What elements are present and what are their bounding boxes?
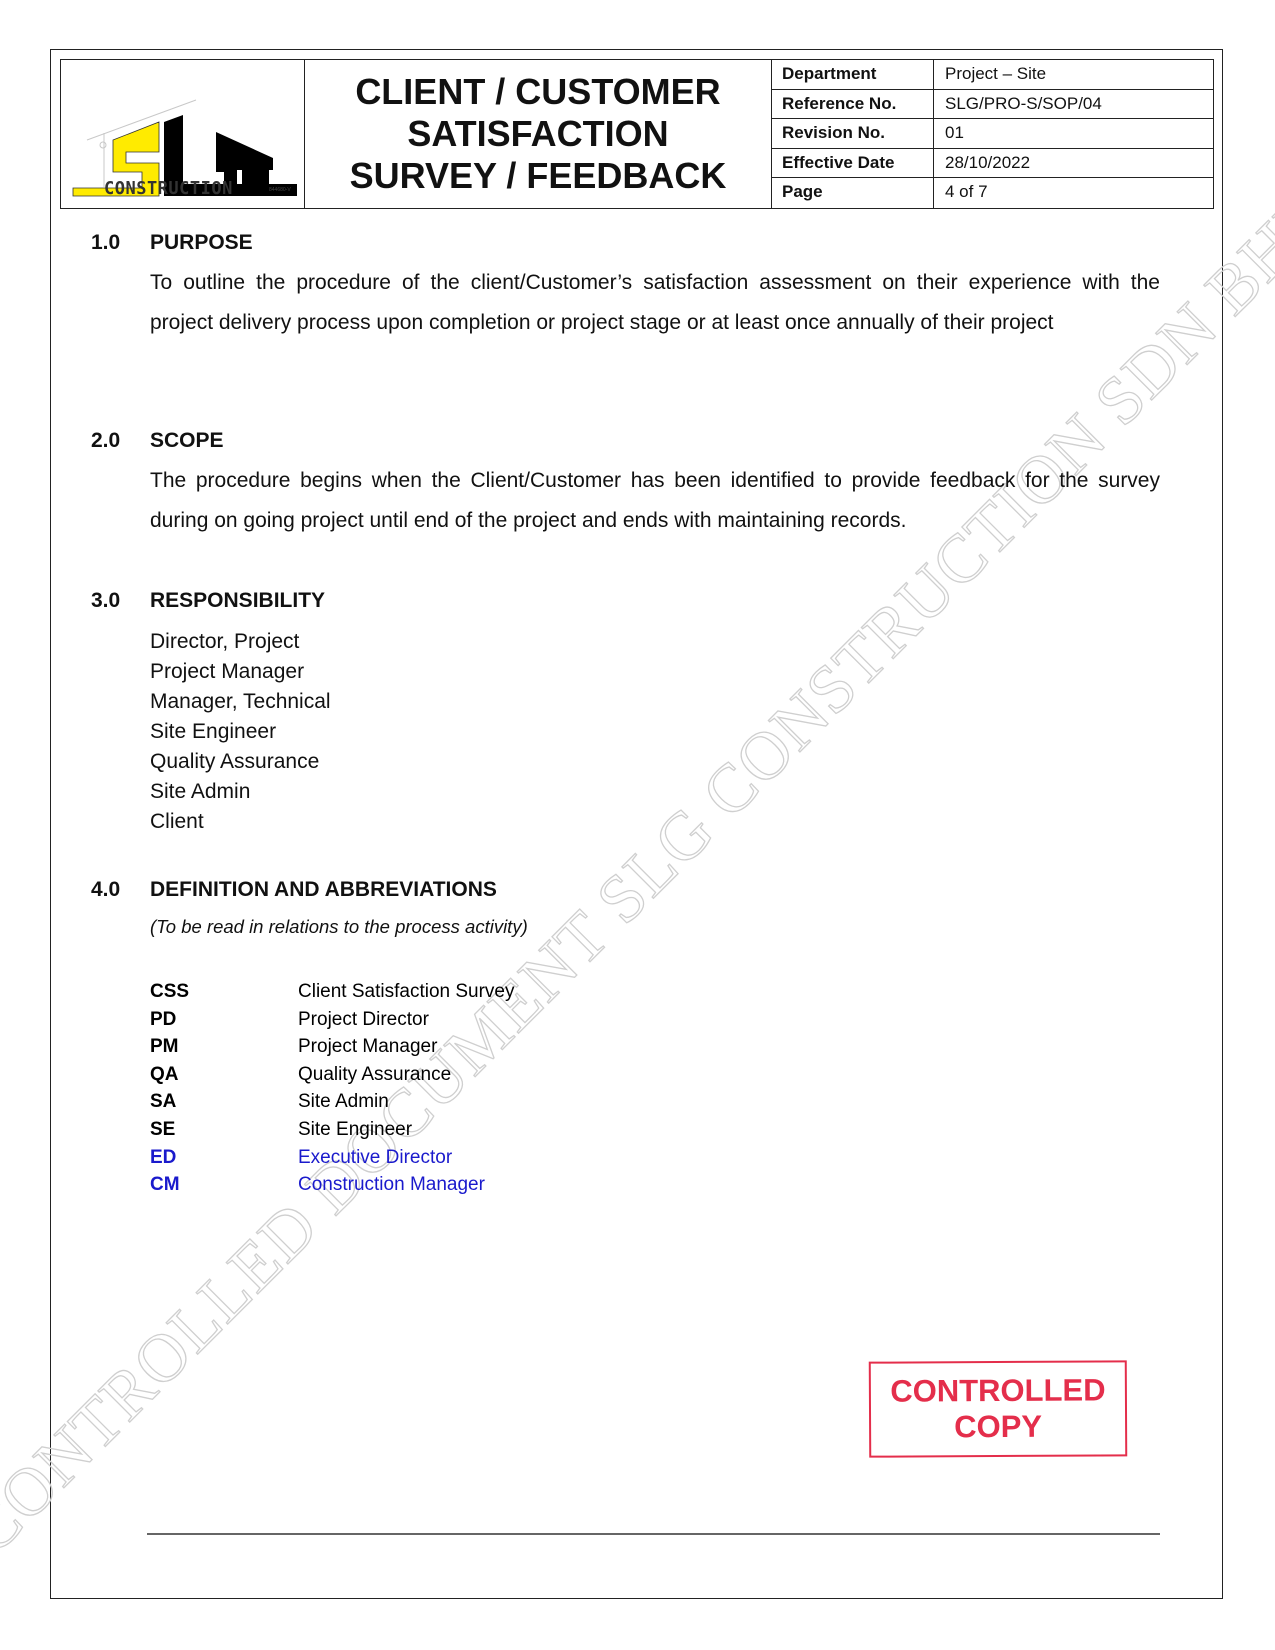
abbreviation-meaning: Client Satisfaction Survey	[298, 978, 515, 1006]
abbreviation: CM	[150, 1171, 298, 1199]
purpose-text: To outline the procedure of the client/C…	[150, 263, 1160, 342]
abbreviation-row: ED Executive Director	[150, 1144, 515, 1172]
logo-tagline: CONSTRUCTION	[104, 179, 233, 200]
abbreviation-list: CSS Client Satisfaction Survey PD Projec…	[150, 978, 515, 1199]
list-item: Site Admin	[150, 777, 331, 807]
abbreviation-row: CM Construction Manager	[150, 1171, 515, 1199]
title-line: SATISFACTION	[350, 113, 727, 155]
meta-value: SLG/PRO-S/SOP/04	[934, 90, 1213, 119]
section-heading-responsibility: RESPONSIBILITY	[150, 589, 325, 613]
abbreviation-meaning: Site Engineer	[298, 1116, 412, 1144]
section-heading-scope: SCOPE	[150, 429, 224, 453]
meta-value: 4 of 7	[934, 178, 1213, 208]
meta-row-reference: Reference No. SLG/PRO-S/SOP/04	[772, 90, 1213, 120]
meta-row-page: Page 4 of 7	[772, 178, 1213, 208]
meta-label: Page	[772, 178, 934, 208]
logo-reg-no: 844680-V	[269, 187, 291, 193]
abbreviation-meaning: Project Manager	[298, 1033, 437, 1061]
meta-label: Department	[772, 60, 934, 89]
section-number: 4.0	[91, 878, 120, 902]
title-line: CLIENT / CUSTOMER	[350, 71, 727, 113]
meta-label: Revision No.	[772, 119, 934, 148]
list-item: Director, Project	[150, 627, 331, 657]
abbreviation-meaning: Executive Director	[298, 1144, 452, 1172]
controlled-copy-stamp: CONTROLLED COPY	[869, 1360, 1127, 1457]
meta-value: 28/10/2022	[934, 149, 1213, 178]
meta-row-revision: Revision No. 01	[772, 119, 1213, 149]
stamp-line: COPY	[954, 1409, 1042, 1445]
responsibility-list: Director, Project Project Manager Manage…	[150, 627, 331, 837]
footer-divider	[147, 1533, 1160, 1535]
abbreviation-row: QA Quality Assurance	[150, 1061, 515, 1089]
list-item: Quality Assurance	[150, 747, 331, 777]
stamp-line: CONTROLLED	[890, 1372, 1105, 1409]
abbreviation-meaning: Project Director	[298, 1006, 429, 1034]
abbreviation-meaning: Site Admin	[298, 1088, 389, 1116]
section-number: 2.0	[91, 429, 120, 453]
abbreviation-row: SE Site Engineer	[150, 1116, 515, 1144]
abbreviation: PD	[150, 1006, 298, 1034]
list-item: Client	[150, 807, 331, 837]
abbreviation: SE	[150, 1116, 298, 1144]
meta-row-department: Department Project – Site	[772, 60, 1213, 90]
list-item: Manager, Technical	[150, 687, 331, 717]
abbreviation: ED	[150, 1144, 298, 1172]
section-number: 3.0	[91, 589, 120, 613]
abbreviation: PM	[150, 1033, 298, 1061]
abbreviation-meaning: Quality Assurance	[298, 1061, 451, 1089]
scope-text: The procedure begins when the Client/Cus…	[150, 461, 1160, 540]
meta-label: Reference No.	[772, 90, 934, 119]
list-item: Project Manager	[150, 657, 331, 687]
meta-label: Effective Date	[772, 149, 934, 178]
section-heading-purpose: PURPOSE	[150, 231, 253, 255]
section-heading-definitions: DEFINITION AND ABBREVIATIONS	[150, 878, 497, 902]
meta-row-effective-date: Effective Date 28/10/2022	[772, 149, 1213, 179]
meta-value: Project – Site	[934, 60, 1213, 89]
document-header: CONSTRUCTION 844680-V CLIENT / CUSTOMER …	[60, 59, 1214, 209]
abbreviation: CSS	[150, 978, 298, 1006]
abbreviation: QA	[150, 1061, 298, 1089]
abbreviation-row: PM Project Manager	[150, 1033, 515, 1061]
abbreviation-row: PD Project Director	[150, 1006, 515, 1034]
abbreviation-meaning: Construction Manager	[298, 1171, 485, 1199]
abbreviation-row: CSS Client Satisfaction Survey	[150, 978, 515, 1006]
abbreviation: SA	[150, 1088, 298, 1116]
title-line: SURVEY / FEEDBACK	[350, 155, 727, 197]
list-item: Site Engineer	[150, 717, 331, 747]
document-title: CLIENT / CUSTOMER SATISFACTION SURVEY / …	[305, 60, 772, 208]
definitions-note: (To be read in relations to the process …	[150, 916, 528, 938]
section-number: 1.0	[91, 231, 120, 255]
meta-value: 01	[934, 119, 1213, 148]
document-meta-table: Department Project – Site Reference No. …	[772, 60, 1213, 208]
abbreviation-row: SA Site Admin	[150, 1088, 515, 1116]
company-logo: CONSTRUCTION 844680-V	[61, 60, 305, 208]
